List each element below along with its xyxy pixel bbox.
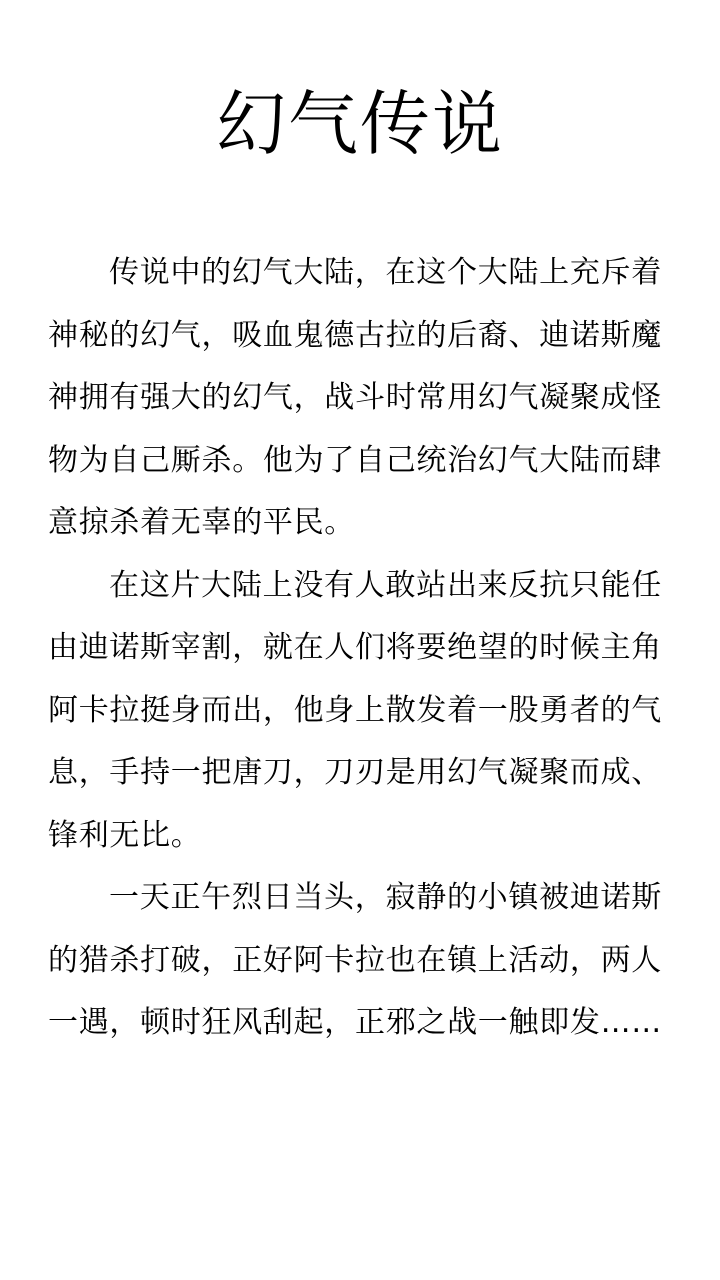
story-body: 传说中的幻气大陆，在这个大陆上充斥着神秘的幻气，吸血鬼德古拉的后裔、迪诺斯魔神拥… [48, 242, 662, 1055]
story-paragraph-1: 传说中的幻气大陆，在这个大陆上充斥着神秘的幻气，吸血鬼德古拉的后裔、迪诺斯魔神拥… [48, 242, 662, 555]
page-title: 幻气传说 [0, 82, 720, 166]
story-paragraph-2: 在这片大陆上没有人敢站出来反抗只能任由迪诺斯宰割，就在人们将要绝望的时候主角阿卡… [48, 555, 662, 868]
story-paragraph-3: 一天正午烈日当头，寂静的小镇被迪诺斯的猎杀打破，正好阿卡拉也在镇上活动，两人一遇… [48, 867, 662, 1055]
